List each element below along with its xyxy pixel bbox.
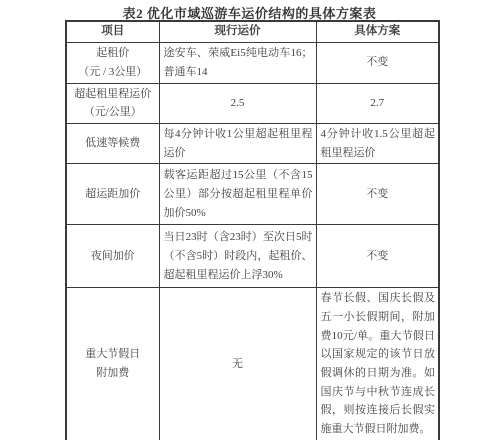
column-header-current-fare: 现行运价 xyxy=(159,21,316,42)
table-row: 低速等候费 每4分钟计收1公里超起租里程运价 4分钟计收1.5公里超起租里程运价 xyxy=(66,123,439,163)
plan-cell: 不变 xyxy=(316,42,439,83)
current-fare-cell: 2.5 xyxy=(159,83,316,123)
fare-structure-table: 项目 现行运价 具体方案 起租价 （元 / 3公里） 途安车、荣威Ei5纯电动车… xyxy=(65,20,440,440)
table-row: 重大节假日 附加费 无 春节长假、国庆长假及五一小长假期间，附加费10元/单。重… xyxy=(66,288,439,440)
row-label-cell: 起租价 （元 / 3公里） xyxy=(66,42,159,83)
current-fare-cell: 当日23时（含23时）至次日5时（不含5时）时段内，起租价、超起租里程运价上浮3… xyxy=(159,225,316,288)
plan-cell: 4分钟计收1.5公里超起租里程运价 xyxy=(316,123,439,163)
current-fare-cell: 途安车、荣威Ei5纯电动车16；普通车14 xyxy=(159,42,316,83)
row-label-cell: 重大节假日 附加费 xyxy=(66,288,159,440)
current-fare-cell: 每4分钟计收1公里超起租里程运价 xyxy=(159,123,316,163)
table-row: 超运距加价 载客运距超过15公里（不含15公里）部分按超起租里程单价加价50% … xyxy=(66,164,439,225)
table-row: 夜间加价 当日23时（含23时）至次日5时（不含5时）时段内，起租价、超起租里程… xyxy=(66,225,439,288)
table-row: 超起租里程运价 （元/公里） 2.5 2.7 xyxy=(66,83,439,123)
plan-cell: 不变 xyxy=(316,164,439,225)
document-page: 表2 优化市域巡游车运价结构的具体方案表 项目 现行运价 具体方案 起租价 （元… xyxy=(0,0,499,440)
row-label-cell: 夜间加价 xyxy=(66,225,159,288)
column-header-item: 项目 xyxy=(66,21,159,42)
plan-cell: 不变 xyxy=(316,225,439,288)
row-label-cell: 低速等候费 xyxy=(66,123,159,163)
current-fare-cell: 载客运距超过15公里（不含15公里）部分按超起租里程单价加价50% xyxy=(159,164,316,225)
table-row: 起租价 （元 / 3公里） 途安车、荣威Ei5纯电动车16；普通车14 不变 xyxy=(66,42,439,83)
plan-cell: 2.7 xyxy=(316,83,439,123)
current-fare-cell: 无 xyxy=(159,288,316,440)
row-label-cell: 超起租里程运价 （元/公里） xyxy=(66,83,159,123)
row-label-cell: 超运距加价 xyxy=(66,164,159,225)
header-row: 项目 现行运价 具体方案 xyxy=(66,21,439,42)
plan-cell: 春节长假、国庆长假及五一小长假期间，附加费10元/单。重大节假日以国家规定的该节… xyxy=(316,288,439,440)
column-header-plan: 具体方案 xyxy=(316,21,439,42)
